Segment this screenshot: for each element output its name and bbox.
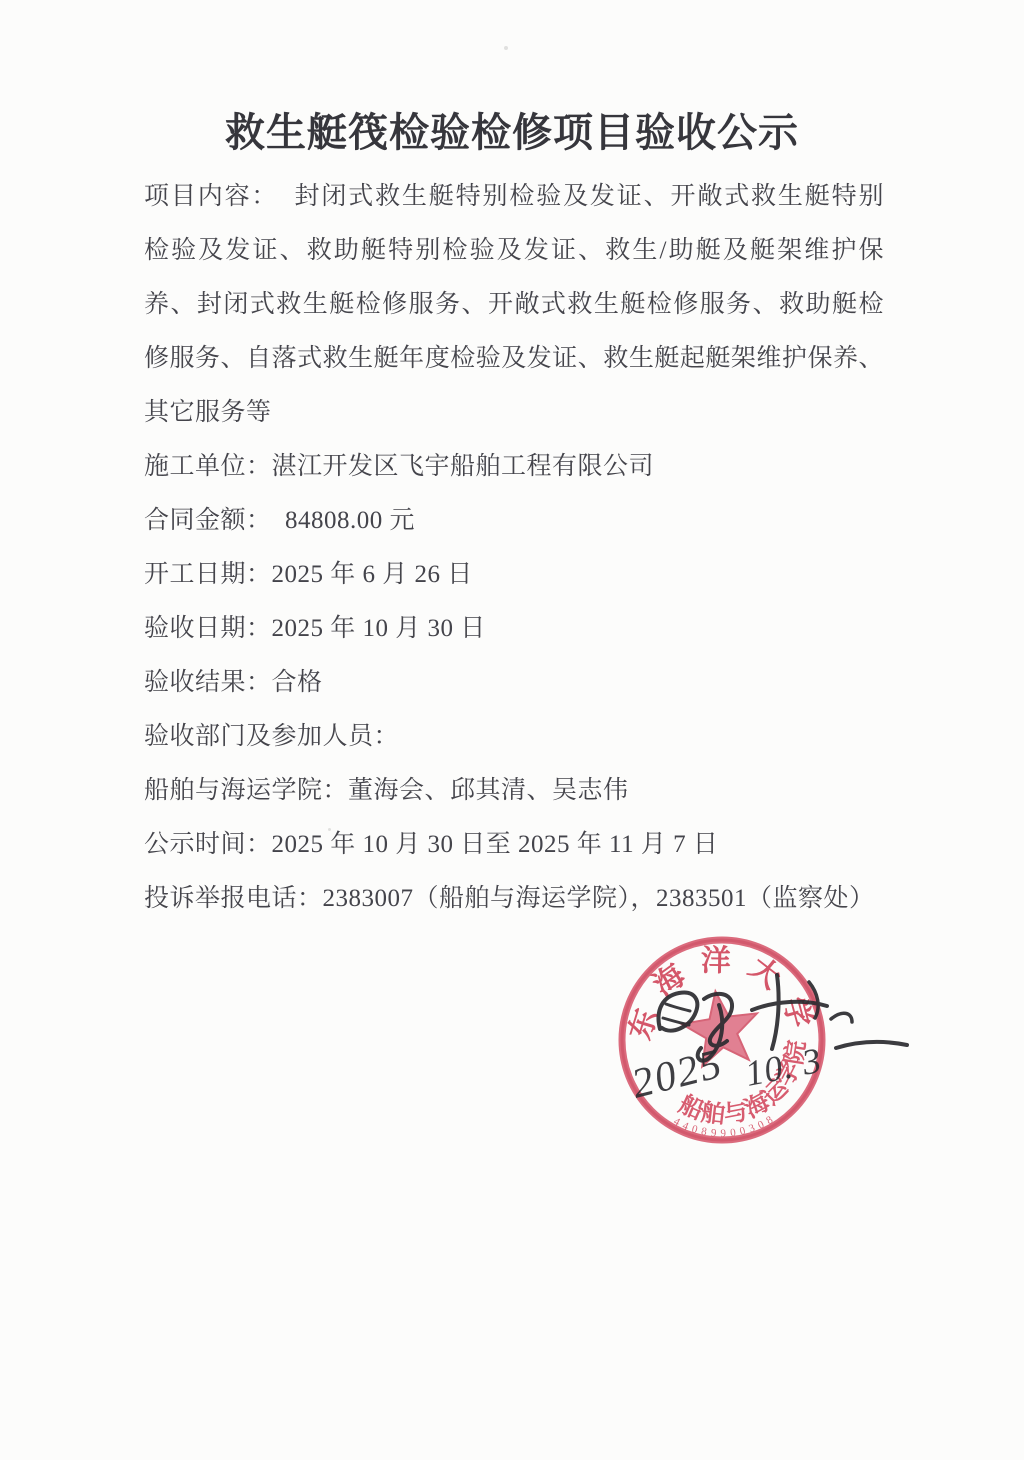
contractor-line: 施工单位：湛江开发区飞宇船舶工程有限公司 xyxy=(144,440,884,494)
participants-header-line: 验收部门及参加人员： xyxy=(144,710,884,764)
participants-line: 船舶与海运学院：董海会、邱其清、吴志伟 xyxy=(144,764,884,818)
start-date-line: 开工日期：2025 年 6 月 26 日 xyxy=(144,548,884,602)
page-title: 救生艇筏检验检修项目验收公示 xyxy=(0,108,1024,158)
document-body: 项目内容： 封闭式救生艇特别检验及发证、开敞式救生艇特别 检验及发证、救助艇特别… xyxy=(144,170,884,926)
project-content-line-5: 其它服务等 xyxy=(144,386,884,440)
handwritten-date-year: 2025 xyxy=(627,1041,727,1108)
scanned-document-page: 救生艇筏检验检修项目验收公示 项目内容： 封闭式救生艇特别检验及发证、开敞式救生… xyxy=(0,0,1024,1460)
project-content-line-2: 检验及发证、救助艇特别检验及发证、救生/助艇及艇架维护保 xyxy=(144,224,884,278)
project-content-line-1: 项目内容： 封闭式救生艇特别检验及发证、开敞式救生艇特别 xyxy=(144,170,884,224)
contract-amount-line: 合同金额： 84808.00 元 xyxy=(144,494,884,548)
project-content-line-3: 养、封闭式救生艇检修服务、开敞式救生艇检修服务、救助艇检 xyxy=(144,278,884,332)
official-seal-stamp: 广东海洋大学 船舶与海运学院 44089900308 2025 10. 3 xyxy=(580,898,920,1198)
publicity-period-line: 公示时间：2025 年 10 月 30 日至 2025 年 11 月 7 日 xyxy=(144,818,884,872)
project-content-line-4: 修服务、自落式救生艇年度检验及发证、救生艇起艇架维护保养、 xyxy=(144,332,884,386)
acceptance-date-line: 验收日期：2025 年 10 月 30 日 xyxy=(144,602,884,656)
scan-speck xyxy=(328,828,331,831)
scan-speck xyxy=(504,46,508,50)
acceptance-result-line: 验收结果：合格 xyxy=(144,656,884,710)
